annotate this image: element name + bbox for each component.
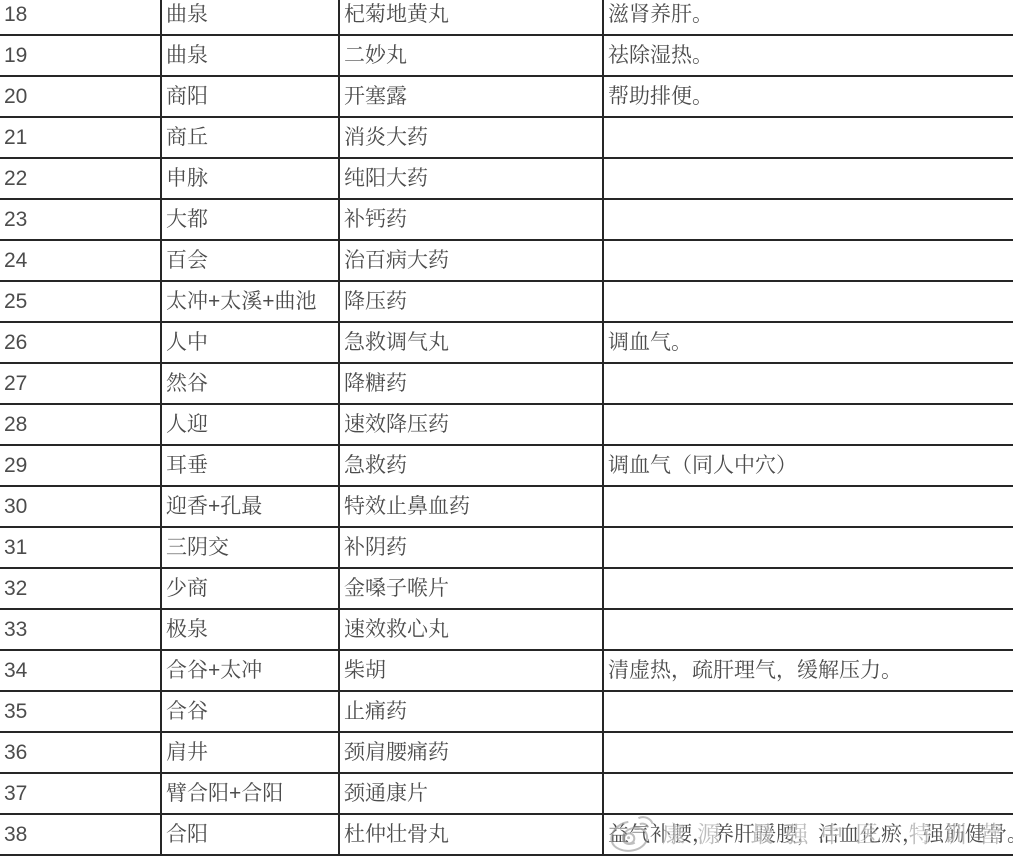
table-row: 35合谷止痛药 [0,691,1013,732]
effect-cell [603,117,1013,158]
medicine-cell: 速效降压药 [339,404,603,445]
medicine-cell: 颈通康片 [339,773,603,814]
medicine-cell: 补阴药 [339,527,603,568]
row-number-cell: 37 [0,773,161,814]
acupoint-cell: 曲泉 [161,0,339,35]
table-row: 22申脉纯阳大药 [0,158,1013,199]
medicine-cell: 杞菊地黄丸 [339,0,603,35]
medicine-cell: 急救药 [339,445,603,486]
table-row: 36肩井颈肩腰痛药 [0,732,1013,773]
row-number-cell: 36 [0,732,161,773]
table-row: 25太冲+太溪+曲池降压药 [0,281,1013,322]
row-number-cell: 27 [0,363,161,404]
table-row: 19曲泉二妙丸祛除湿热。 [0,35,1013,76]
effect-cell: 益气补腰，养肝暖腰，活血化瘀，强筋健骨。 [603,814,1013,855]
screenshot-root: 18曲泉杞菊地黄丸滋肾养肝。19曲泉二妙丸祛除湿热。20商阳开塞露帮助排便。21… [0,0,1013,858]
effect-cell [603,773,1013,814]
row-number-cell: 26 [0,322,161,363]
acupoint-cell: 合谷 [161,691,339,732]
row-number-cell: 19 [0,35,161,76]
effect-cell [603,691,1013,732]
table-row: 38合阳杜仲壮骨丸益气补腰，养肝暖腰，活血化瘀，强筋健骨。 [0,814,1013,855]
effect-cell [603,240,1013,281]
acupoint-cell: 人中 [161,322,339,363]
medicine-cell: 补钙药 [339,199,603,240]
medicine-cell: 金嗓子喉片 [339,568,603,609]
table-row: 26人中急救调气丸调血气。 [0,322,1013,363]
row-number-cell: 31 [0,527,161,568]
row-number-cell: 29 [0,445,161,486]
table-row: 24百会治百病大药 [0,240,1013,281]
medicine-cell: 特效止鼻血药 [339,486,603,527]
acupoint-cell: 合谷+太冲 [161,650,339,691]
row-number-cell: 28 [0,404,161,445]
medicine-cell: 颈肩腰痛药 [339,732,603,773]
table-row: 27然谷降糖药 [0,363,1013,404]
effect-cell [603,732,1013,773]
acupoint-cell: 大都 [161,199,339,240]
table-row: 37臂合阳+合阳颈通康片 [0,773,1013,814]
medicine-cell: 速效救心丸 [339,609,603,650]
acupoint-cell: 申脉 [161,158,339,199]
acupoint-cell: 百会 [161,240,339,281]
effect-cell: 调血气。 [603,322,1013,363]
medicine-cell: 降压药 [339,281,603,322]
table-row: 33极泉速效救心丸 [0,609,1013,650]
effect-cell [603,281,1013,322]
effect-cell: 帮助排便。 [603,76,1013,117]
row-number-cell: 30 [0,486,161,527]
acupoint-cell: 商丘 [161,117,339,158]
effect-cell [603,609,1013,650]
row-number-cell: 33 [0,609,161,650]
medicine-cell: 柴胡 [339,650,603,691]
row-number-cell: 38 [0,814,161,855]
effect-cell [603,404,1013,445]
acupoint-cell: 然谷 [161,363,339,404]
acupoint-cell: 极泉 [161,609,339,650]
acupoint-cell: 臂合阳+合阳 [161,773,339,814]
medicine-cell: 治百病大药 [339,240,603,281]
effect-cell [603,568,1013,609]
medicine-cell: 消炎大药 [339,117,603,158]
table-row: 20商阳开塞露帮助排便。 [0,76,1013,117]
table-row: 21商丘消炎大药 [0,117,1013,158]
acupoint-cell: 少商 [161,568,339,609]
effect-cell [603,486,1013,527]
acupoint-cell: 耳垂 [161,445,339,486]
row-number-cell: 25 [0,281,161,322]
medicine-cell: 急救调气丸 [339,322,603,363]
effect-cell [603,527,1013,568]
effect-cell: 滋肾养肝。 [603,0,1013,35]
table-row: 32少商金嗓子喉片 [0,568,1013,609]
row-number-cell: 35 [0,691,161,732]
medicine-cell: 二妙丸 [339,35,603,76]
acupoint-cell: 三阴交 [161,527,339,568]
acupoint-cell: 人迎 [161,404,339,445]
table-row: 30迎香+孔最特效止鼻血药 [0,486,1013,527]
medicine-cell: 开塞露 [339,76,603,117]
table-row: 31三阴交补阴药 [0,527,1013,568]
row-number-cell: 21 [0,117,161,158]
medicine-cell: 止痛药 [339,691,603,732]
row-number-cell: 18 [0,0,161,35]
row-number-cell: 32 [0,568,161,609]
acupoint-cell: 迎香+孔最 [161,486,339,527]
acupoint-cell: 太冲+太溪+曲池 [161,281,339,322]
acupoint-cell: 合阳 [161,814,339,855]
medicine-cell: 降糖药 [339,363,603,404]
effect-cell [603,363,1013,404]
effect-cell [603,199,1013,240]
effect-cell: 调血气（同人中穴） [603,445,1013,486]
effect-cell [603,158,1013,199]
row-number-cell: 34 [0,650,161,691]
row-number-cell: 20 [0,76,161,117]
row-number-cell: 24 [0,240,161,281]
table-body: 18曲泉杞菊地黄丸滋肾养肝。19曲泉二妙丸祛除湿热。20商阳开塞露帮助排便。21… [0,0,1013,855]
acupoint-cell: 曲泉 [161,35,339,76]
acupoint-cell: 肩井 [161,732,339,773]
row-number-cell: 22 [0,158,161,199]
table-row: 28人迎速效降压药 [0,404,1013,445]
table-row: 23大都补钙药 [0,199,1013,240]
effect-cell: 清虚热，疏肝理气，缓解压力。 [603,650,1013,691]
row-number-cell: 23 [0,199,161,240]
medicine-cell: 纯阳大药 [339,158,603,199]
table-row: 29耳垂急救药调血气（同人中穴） [0,445,1013,486]
table-row: 18曲泉杞菊地黄丸滋肾养肝。 [0,0,1013,35]
acupoint-medicine-table: 18曲泉杞菊地黄丸滋肾养肝。19曲泉二妙丸祛除湿热。20商阳开塞露帮助排便。21… [0,0,1013,856]
acupoint-cell: 商阳 [161,76,339,117]
medicine-cell: 杜仲壮骨丸 [339,814,603,855]
table-row: 34合谷+太冲柴胡清虚热，疏肝理气，缓解压力。 [0,650,1013,691]
effect-cell: 祛除湿热。 [603,35,1013,76]
